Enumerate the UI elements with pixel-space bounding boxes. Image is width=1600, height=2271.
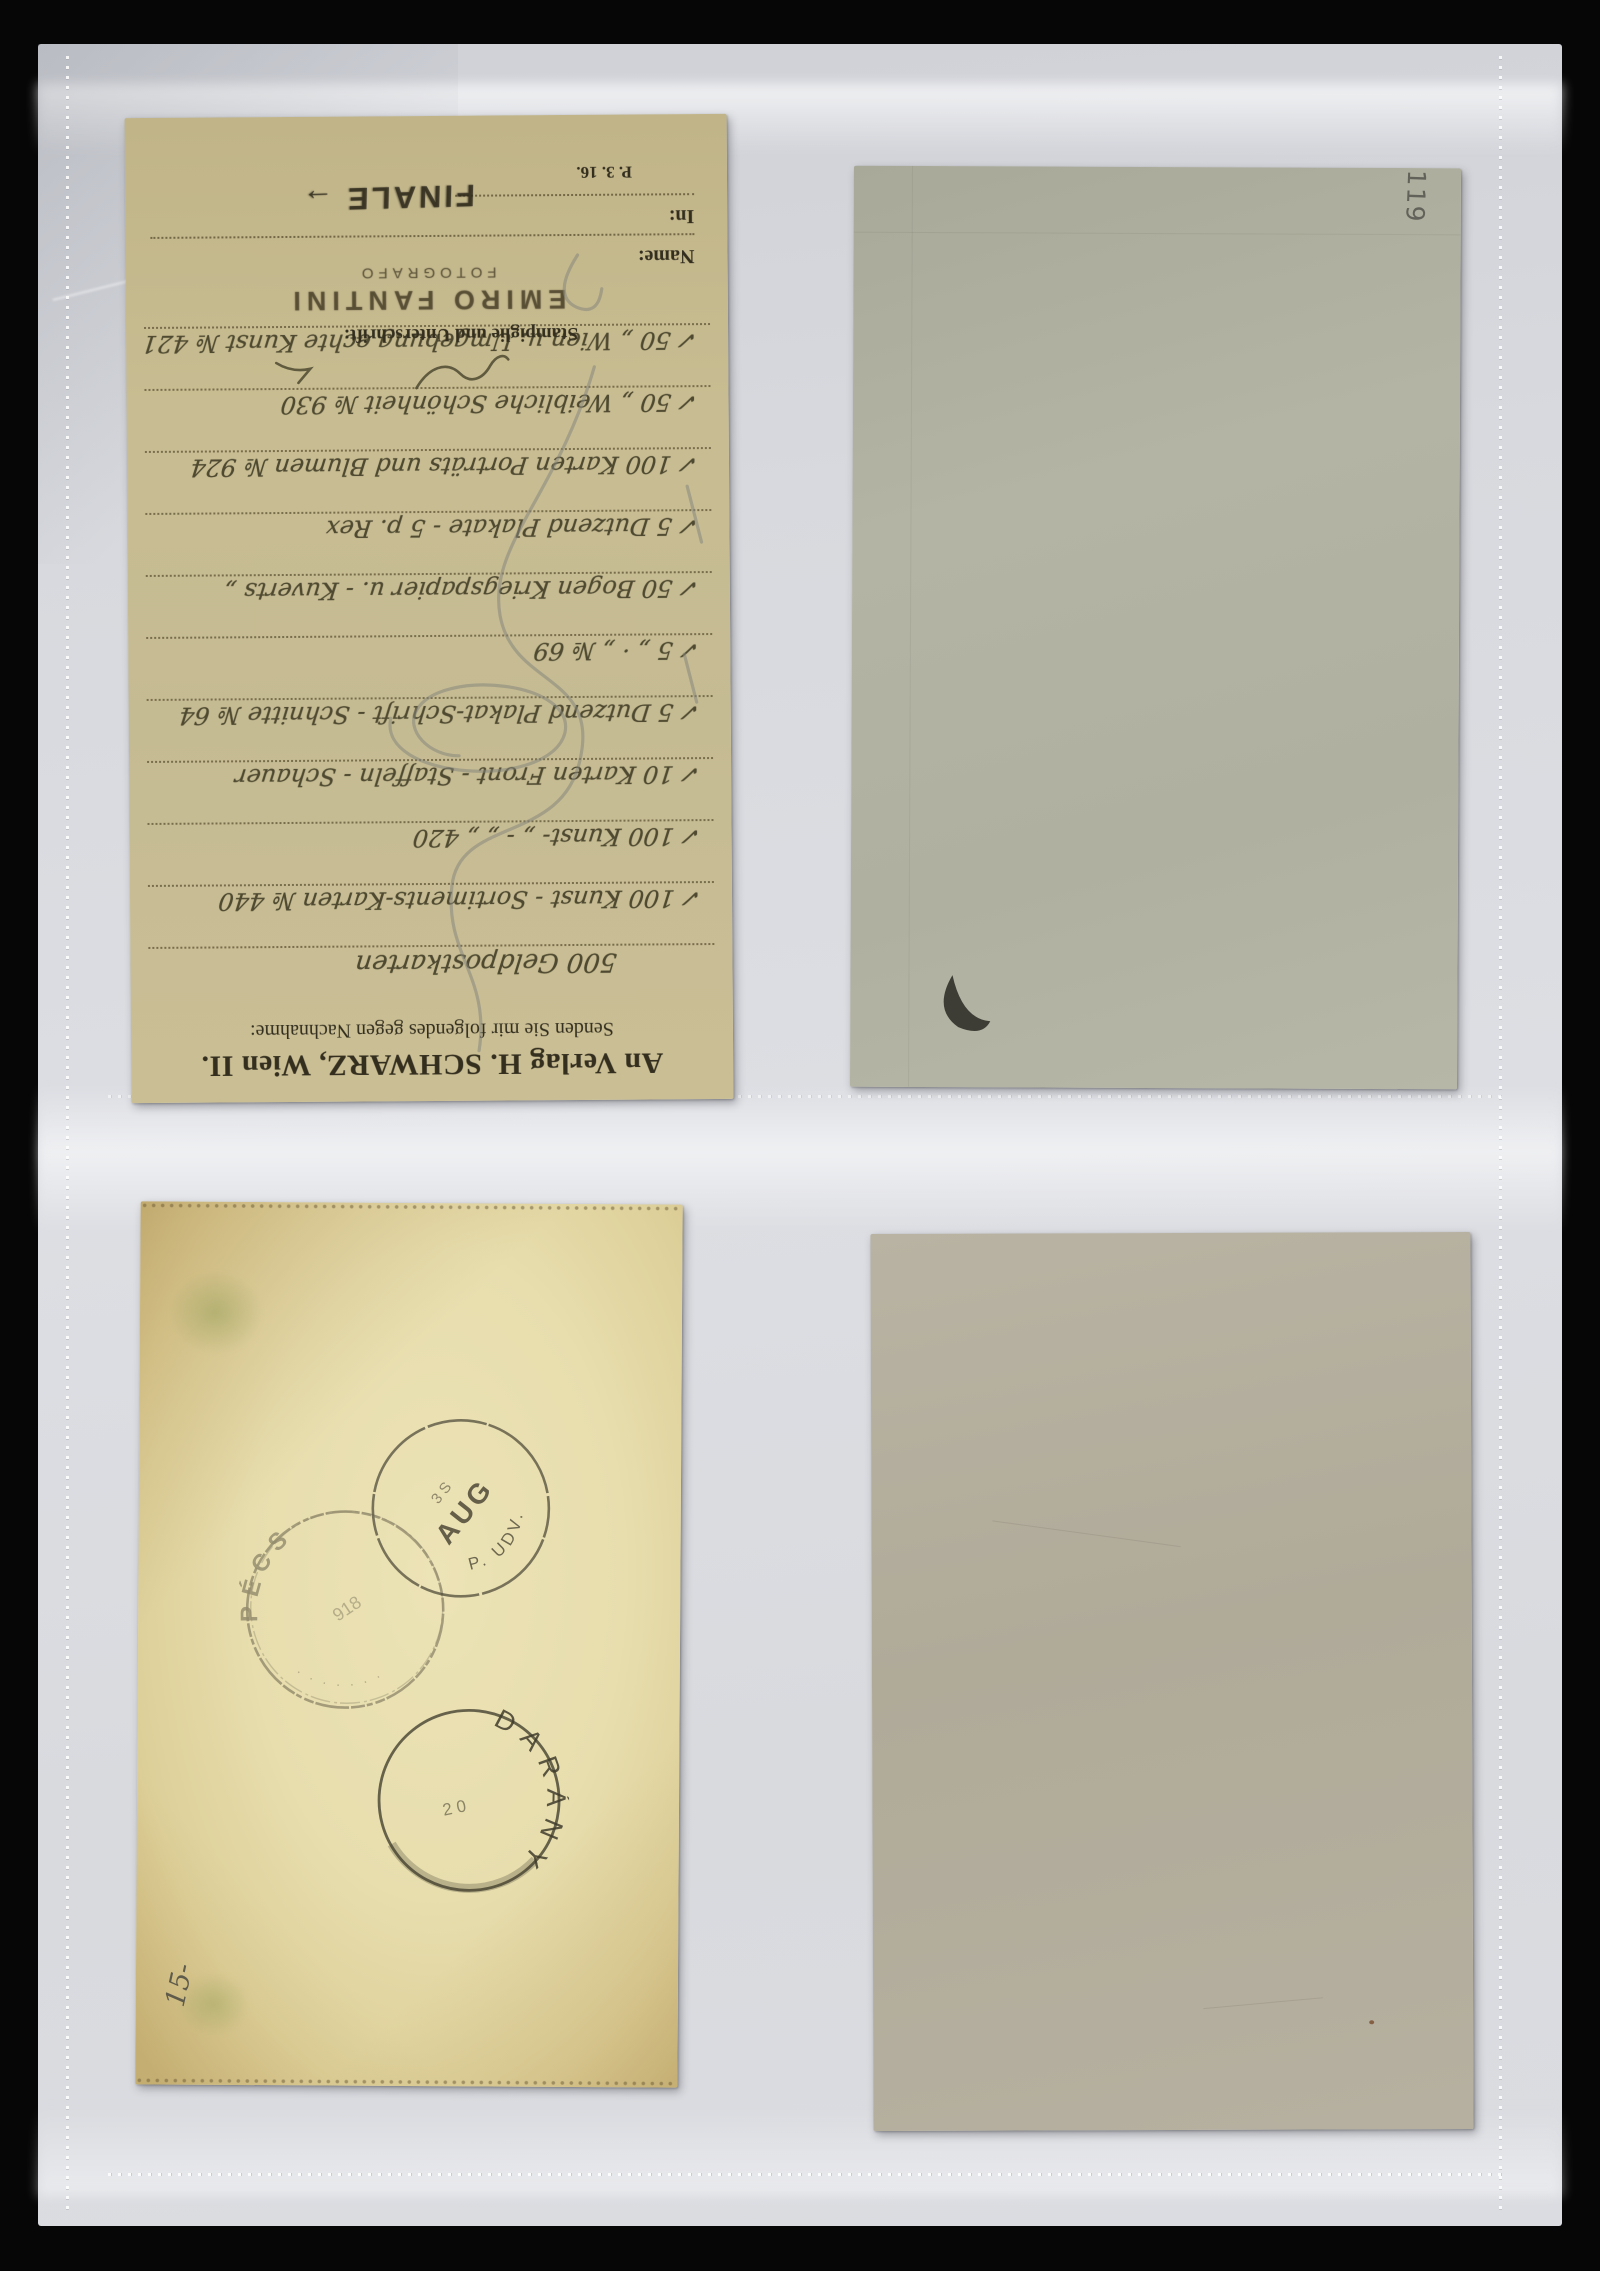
album-page-photo: An Verlag H. SCHWARZ, Wien II. Senden Si… [0,0,1600,2271]
pecs-postmark-date: 918 [329,1592,365,1625]
order-line-rule: ✓ 100 Kunst- „ - „ „ 420 [147,819,713,885]
publisher-address-line: An Verlag H. SCHWARZ, Wien II. [131,1045,733,1083]
handwritten-order-line: ✓ 10 Karten Front - Staffeln - Schauer [233,760,703,791]
handwritten-order-line: ✓ 100 Kunst - Sortiments-Karten № 440 [217,884,704,915]
order-line-rule: ✓ 100 Karten Porträts und Blumen № 924 [145,447,711,513]
order-line-rule: ✓ 5 „ · „ № 69 [146,633,712,699]
order-line-rule: ✓ 50 „ Weibliche Schönheit № 930 [144,385,710,451]
order-line-rule: ✓ 100 Kunst - Sortiments-Karten № 440 [148,881,714,947]
place-field-rule: In: [455,193,694,229]
order-postcard-upside-down: An Verlag H. SCHWARZ, Wien II. Senden Si… [125,114,734,1103]
pecs-postmark-rim-dots: · · · · · · · [291,1647,387,1703]
plastic-sleeve: An Verlag H. SCHWARZ, Wien II. Senden Si… [38,44,1562,2226]
order-lines: 500 Geldpostkarten ✓ 100 Kunst - Sortime… [144,323,715,1009]
handwritten-order-line: ✓ 5 Dutzend Plakate - 5 p. Rex [324,512,701,543]
finale-place-stamp: FINALE → [299,177,475,218]
form-print-code: P. 3. 16. [576,162,632,182]
order-line-rule: ✓ 5 Dutzend Plakat-Schrift - Schnitte № … [147,695,713,761]
pecs-postmark-rim-text: PÉCS [235,1518,314,1627]
sleeve-stitch-seam-bottom [108,2173,1502,2176]
handwritten-order-line: ✓ 5 „ · „ № 69 [532,636,702,665]
svg-text:DARÁNY: DARÁNY [474,1702,570,1884]
svg-text:· · · · · · ·: · · · · · · · [291,1647,387,1703]
order-line-rule: ✓ 50 Bogen Kriegspapier u. - Kuverts „ [146,571,712,637]
darany-postmark-rim-text: DARÁNY [474,1702,570,1884]
handwritten-order-line: ✓ 100 Kunst- „ - „ „ 420 [411,822,703,852]
green-stain [168,1270,264,1356]
card-scratch [992,1520,1180,1547]
name-label: Name: [638,245,695,267]
handwritten-order-line: ✓ 100 Karten Porträts und Blumen № 924 [189,450,701,482]
name-field-rule: Name: [150,233,694,271]
in-label: In: [669,205,695,227]
blank-card-bottom-right [870,1232,1473,2131]
ink-smudge [928,971,1004,1037]
order-instruction-line: Senden Sie mir folgendes gegen Nachnahme… [131,1016,733,1043]
order-line-rule: ✓ 5 Dutzend Plakate - 5 p. Rex [145,509,711,575]
handwritten-order-line: ✓ 5 Dutzend Plakat-Schrift - Schnitte № … [178,698,703,730]
card-crease [854,232,1461,236]
darany-postmark-date: 2 0 [441,1796,468,1819]
card-crease [908,166,913,1087]
handwritten-order-line: ✓ 50 „ Weibliche Schönheit № 930 [279,388,700,419]
svg-text:PÉCS: PÉCS [235,1518,314,1627]
order-line-rule: 500 Geldpostkarten [148,943,714,1009]
stamp-signature-caption: Stampiglie und Unterschrift: [344,322,578,346]
darany-postmark: DARÁNY 2 0 [368,1700,569,1901]
pencil-number-119: 119 [1400,169,1431,224]
sleeve-stitch-seam-right [1499,56,1502,2214]
fantini-name-stamp: EMIRO FANTINI [126,282,728,317]
rust-speck [1369,2020,1374,2024]
order-line-rule: ✓ 10 Karten Front - Staffeln - Schauer [147,757,713,823]
handwritten-order-line: ✓ 50 Bogen Kriegspapier u. - Kuverts „ [222,574,701,605]
sleeve-stitch-seam-left [66,56,69,2214]
handwritten-order-line: 500 Geldpostkarten [354,947,619,979]
blank-card-top-right: 119 [850,166,1461,1090]
order-postcard-content: An Verlag H. SCHWARZ, Wien II. Senden Si… [125,114,734,1103]
card-scratch [1203,1997,1323,2009]
pecs-postmark: PÉCS · · · · · · · 918 [235,1499,456,1720]
postmarked-card-bottom-left: 3 S AUG P. UDV. PÉCS [135,1201,682,2087]
